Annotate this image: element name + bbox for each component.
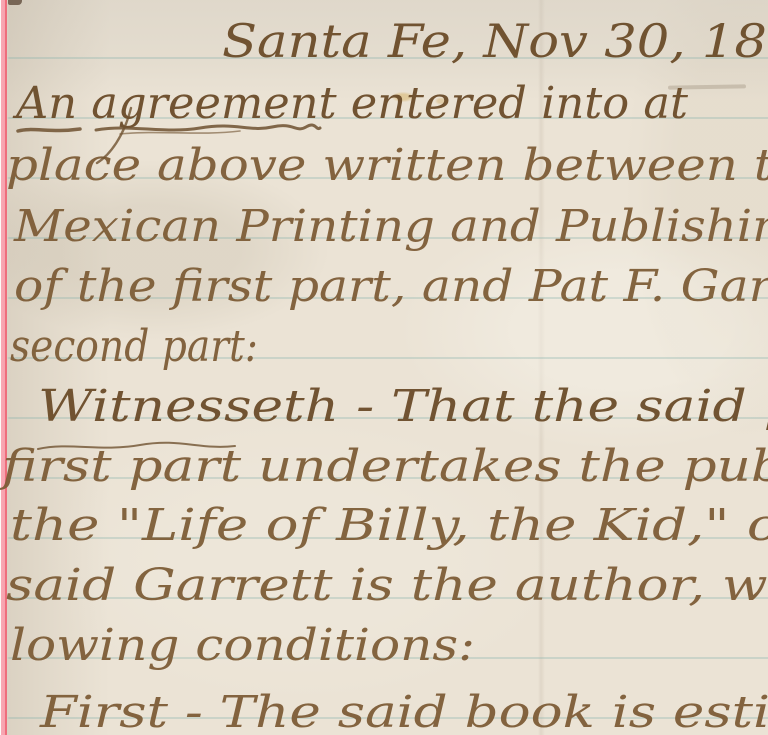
manuscript-line: Mexican Printing and Publishing: [13, 201, 768, 252]
handwriting-layer: Santa Fe, Nov 30, 18 An agreement entere…: [0, 0, 768, 735]
manuscript-line: place above written between th: [6, 140, 768, 191]
underline-agreement-second-pass: [120, 131, 240, 134]
manuscript-line-witnesseth: Witnesseth - That the said p: [38, 381, 768, 432]
manuscript-line-date: Santa Fe, Nov 30, 18: [222, 14, 767, 68]
manuscript-line: second part:: [10, 321, 258, 372]
underline-an: [18, 129, 80, 131]
manuscript-line-first-clause: First - The said book is esti: [39, 687, 768, 735]
manuscript-line: lowing conditions:: [10, 620, 475, 671]
manuscript-line: An agreement entered into at: [12, 78, 688, 129]
manuscript-line: said Garrett is the author, wit: [6, 560, 768, 611]
manuscript-line: of the first part, and Pat F. Garre: [14, 261, 768, 312]
manuscript-line: first part undertakes the publ: [0, 441, 768, 492]
manuscript-line-billy-the-kid: the "Life of Billy, the Kid," of: [10, 500, 768, 551]
manuscript-page: Santa Fe, Nov 30, 18 An agreement entere…: [0, 0, 768, 735]
